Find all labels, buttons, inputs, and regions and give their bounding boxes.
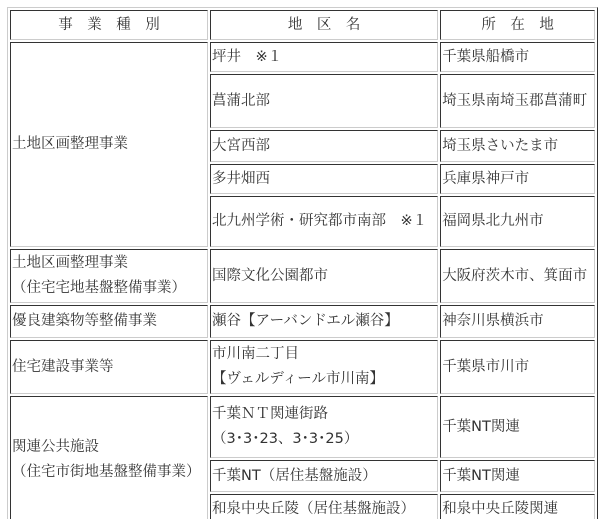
district-cell: 国際文化公園都市 (210, 249, 438, 303)
project-type-label: 優良建築物等整備事業 (12, 313, 157, 329)
district-cell: 坪井 ※１ (210, 42, 438, 72)
district-cell: 大宮西部 (210, 130, 438, 162)
table-row: 優良建築物等整備事業 瀬谷【アーバンドエル瀬谷】 神奈川県横浜市 (10, 305, 595, 338)
project-type-label: 住宅建設事業等 (12, 359, 114, 375)
location-cell: 福岡県北九州市 (440, 196, 595, 247)
project-type-sublabel: （住宅宅地基盤整備事業） (12, 276, 206, 301)
header-project-type: 事 業 種 別 (10, 10, 208, 40)
district-cell: 多井畑西 (210, 164, 438, 194)
project-type-label: 土地区画整理事業 (12, 251, 206, 276)
location-cell: 大阪府茨木市、箕面市 (440, 249, 595, 303)
project-type-cell: 土地区画整理事業 （住宅宅地基盤整備事業） (10, 249, 208, 303)
table-row: 住宅建設事業等 市川南二丁目 【ヴェルディール市川南】 千葉県市川市 (10, 340, 595, 394)
projects-table: 事 業 種 別 地 区 名 所 在 地 土地区画整理事業 坪井 ※１ 千葉県船橋… (7, 7, 598, 519)
table-row: 関連公共施設 （住宅市街地基盤整備事業） 千葉ＮＴ関連街路 （3･3･23、3･… (10, 396, 595, 458)
location-cell: 和泉中央丘陵関連 (440, 494, 595, 519)
location-cell: 埼玉県南埼玉郡菖蒲町 (440, 74, 595, 128)
district-cell: 和泉中央丘陵（居住基盤施設） (210, 494, 438, 519)
table-row: 土地区画整理事業 坪井 ※１ 千葉県船橋市 (10, 42, 595, 72)
district-cell: 市川南二丁目 【ヴェルディール市川南】 (210, 340, 438, 394)
header-location: 所 在 地 (440, 10, 595, 40)
district-cell: 千葉ＮＴ関連街路 （3･3･23、3･3･25） (210, 396, 438, 458)
table-row: 土地区画整理事業 （住宅宅地基盤整備事業） 国際文化公園都市 大阪府茨木市、箕面… (10, 249, 595, 303)
location-cell: 千葉県市川市 (440, 340, 595, 394)
project-type-cell: 土地区画整理事業 (10, 42, 208, 247)
district-cell: 北九州学術・研究都市南部 ※１ (210, 196, 438, 247)
project-type-label: 関連公共施設 (12, 435, 206, 460)
district-name: 市川南二丁目 (212, 342, 436, 367)
header-row: 事 業 種 別 地 区 名 所 在 地 (10, 10, 595, 40)
district-cell: 菖蒲北部 (210, 74, 438, 128)
project-type-cell: 住宅建設事業等 (10, 340, 208, 394)
project-type-label: 土地区画整理事業 (12, 136, 128, 152)
header-district-name: 地 区 名 (210, 10, 438, 40)
location-cell: 千葉NT関連 (440, 460, 595, 492)
district-subname: （3･3･23、3･3･25） (212, 427, 436, 452)
location-cell: 埼玉県さいたま市 (440, 130, 595, 162)
district-subname: 【ヴェルディール市川南】 (212, 367, 436, 392)
project-type-cell: 優良建築物等整備事業 (10, 305, 208, 338)
location-cell: 兵庫県神戸市 (440, 164, 595, 194)
location-cell: 千葉NT関連 (440, 396, 595, 458)
district-cell: 千葉NT（居住基盤施設） (210, 460, 438, 492)
district-name: 千葉ＮＴ関連街路 (212, 402, 436, 427)
project-type-cell: 関連公共施設 （住宅市街地基盤整備事業） (10, 396, 208, 519)
project-type-sublabel: （住宅市街地基盤整備事業） (12, 460, 206, 485)
district-cell: 瀬谷【アーバンドエル瀬谷】 (210, 305, 438, 338)
location-cell: 神奈川県横浜市 (440, 305, 595, 338)
location-cell: 千葉県船橋市 (440, 42, 595, 72)
